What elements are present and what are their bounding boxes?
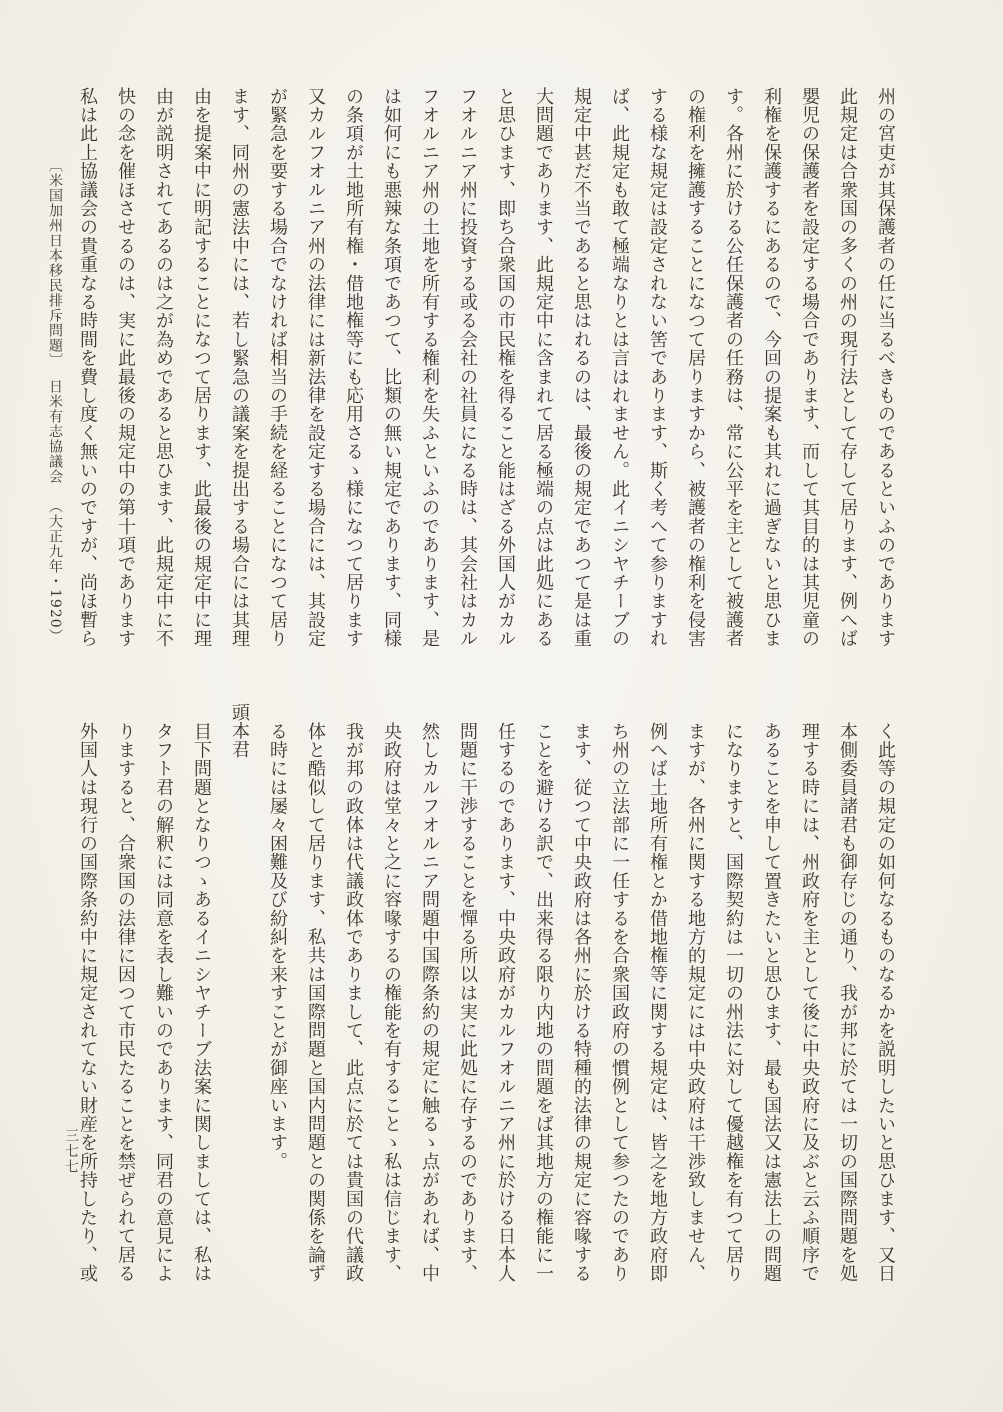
text-column: 又カルフオルニア州の法律には新法律を設定する場合には、其設定 [296, 87, 334, 653]
text-column: ことを避ける訳で、出来得る限り内地の問題をば其地方の権能に一 [524, 703, 562, 1285]
text-column: と思ひます、即ち合衆国の市民権を得ること能はざる外国人がカル [486, 87, 524, 653]
text-column: ば、此規定も敢て極端なりとは言はれません。此イニシヤチーブの [600, 87, 638, 653]
text-column: 然しカルフオルニア問題中国際条約の規定に触るゝ点があれば、中 [410, 703, 448, 1285]
text-column: になりますと、国際契約は一切の州法に対して優越権を有つて居り [714, 703, 752, 1285]
running-header: 〔米国加州日本移民排斥問題〕 日米有志協議会 （大正九年・1920） [44, 158, 66, 698]
text-column: フオルニア州の土地を所有する権利を失ふといふのであります、是 [410, 87, 448, 653]
text-column: く此等の規定の如何なるものなるかを説明したいと思ひます、又日 [866, 703, 904, 1285]
running-header-source: 日米有志協議会 [47, 379, 63, 484]
text-column: 理する時には、州政府を主として後に中央政府に及ぶと云ふ順序で [790, 703, 828, 1285]
text-column: 州の宮吏が其保護者の任に当るべきものであるといふのであります [866, 87, 904, 653]
text-column: 利権を保護するにあるので、今回の提案も其れに過ぎないと思ひま [752, 87, 790, 653]
scanned-book-page: 州の宮吏が其保護者の任に当るべきものであるといふのであります此規定は合衆国の多く… [0, 0, 1003, 1412]
upper-text-block: 州の宮吏が其保護者の任に当るべきものであるといふのであります此規定は合衆国の多く… [68, 87, 904, 653]
text-column: ます、同州の憲法中には、若し緊急の議案を提出する場合には其理 [220, 87, 258, 653]
text-column: 由を提案中に明記することになつて居ります、此最後の規定中に理 [182, 87, 220, 653]
text-column: す。各州に於ける公任保護者の任務は、常に公平を主として被護者 [714, 87, 752, 653]
text-column: 嬰児の保護者を設定する場合であります、而して其目的は其児童の [790, 87, 828, 653]
page-number: 三七七 [61, 1128, 81, 1175]
text-column: 例へば土地所有権とか借地権等に関する規定は、皆之を地方政府即 [638, 703, 676, 1285]
text-column: 規定中甚だ不当であると思はれるのは、最後の規定であつて是は重 [562, 87, 600, 653]
running-header-year: （大正九年・1920） [47, 499, 63, 644]
text-column: 快の念を催ほさせるのは、実に此最後の規定中の第十項であります [106, 87, 144, 653]
text-column: 体と酷似して居ります、私共は国際問題と国内問題との関係を論ず [296, 703, 334, 1285]
text-column: の権利を擁護することになつて居りますから、被護者の権利を侵害 [676, 87, 714, 653]
text-column: 我が邦の政体は代議政体でありまして、此点に於ては貴国の代議政 [334, 703, 372, 1285]
text-column: 問題に干渉することを憚る所以は実に此処に存するのであります、 [448, 703, 486, 1285]
text-column: 本側委員諸君も御存じの通り、我が邦に於ては一切の国際問題を処 [828, 703, 866, 1285]
text-column: 由が説明されてあるのは之が為めであると思ひます、此規定中に不 [144, 87, 182, 653]
speaker-name: 頭本君 [220, 703, 258, 1285]
text-column: ち州の立法部に一任するを合衆国政府の慣例として参つたのであり [600, 703, 638, 1285]
text-column: は如何にも悪辣な条項であつて、比類の無い規定であります、同様 [372, 87, 410, 653]
text-column: フオルニア州に投資する或る会社の社員になる時は、其会社はカル [448, 87, 486, 653]
text-column: の条項が土地所有権・借地権等にも応用さるゝ様になつて居ります [334, 87, 372, 653]
text-column: タフト君の解釈には同意を表し難いのであります、同君の意見によ [144, 703, 182, 1285]
text-column: する様な規定は設定されない筈であります、斯く考へて参りますれ [638, 87, 676, 653]
text-column: 大問題であります、此規定中に含まれて居る極端の点は此処にある [524, 87, 562, 653]
running-header-topic: 〔米国加州日本移民排斥問題〕 [47, 158, 63, 368]
text-column: ますが、各州に関する地方的規定には中央政府は干渉致しません、 [676, 703, 714, 1285]
text-column: 私は此上協議会の貴重なる時間を費し度く無いのですが、尚ほ暫ら [68, 87, 106, 653]
text-column: 任するのであります、中央政府がカルフオルニア州に於ける日本人 [486, 703, 524, 1285]
text-column: 此規定は合衆国の多くの州の現行法として存して居ります、例へば [828, 87, 866, 653]
text-column: が緊急を要する場合でなければ相当の手続を経ることになつて居り [258, 87, 296, 653]
text-column: ます、従つて中央政府は各州に於ける特種的法律の規定に容喙する [562, 703, 600, 1285]
text-column: 目下問題となりつゝあるイニシヤチーブ法案に関しましては、私は [182, 703, 220, 1285]
text-column: 外国人は現行の国際条約中に規定されてない財産を所持したり、或 [68, 703, 106, 1285]
text-column: あることを申して置きたいと思ひます、最も国法又は憲法上の問題 [752, 703, 790, 1285]
text-column: りますると、合衆国の法律に因つて市民たることを禁ぜられて居る [106, 703, 144, 1285]
text-column: る時には屡々困難及び紛糾を来すことが御座います。 [258, 703, 296, 1285]
text-column: 央政府は堂々と之に容喙するの権能を有することゝ私は信じます、 [372, 703, 410, 1285]
lower-text-block: く此等の規定の如何なるものなるかを説明したいと思ひます、又日本側委員諸君も御存じ… [68, 703, 904, 1285]
